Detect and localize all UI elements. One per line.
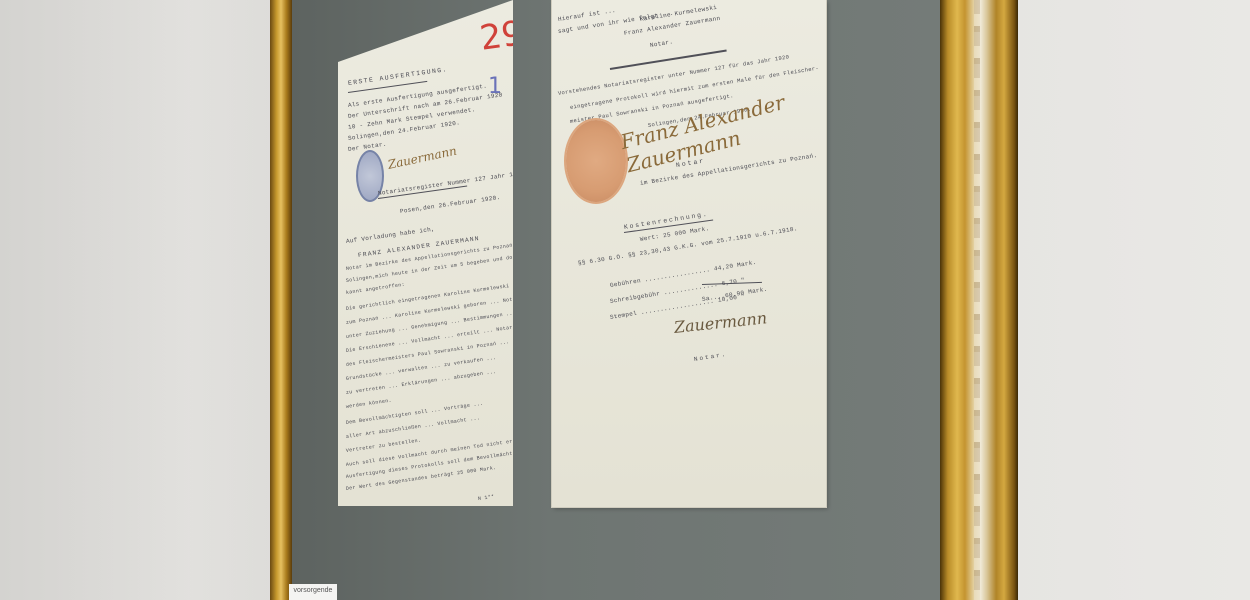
footer-title: Notar. xyxy=(693,351,727,363)
label-card: vorsorgende xyxy=(289,584,337,600)
wall xyxy=(0,0,270,600)
heading: ERSTE AUSFERTIGUNG. xyxy=(348,66,449,87)
wax-seal xyxy=(566,120,626,202)
page-number-red: 29 xyxy=(477,13,513,59)
text-line: kannt angetroffen: xyxy=(346,282,406,296)
left-document: 29 1 ERSTE AUSFERTIGUNG. Als erste Ausfe… xyxy=(338,0,513,506)
second-signature: Zauermann xyxy=(673,308,768,337)
date-line: Posen,den 26.Februar 1920. xyxy=(400,194,501,215)
frame-right-edge xyxy=(940,0,1018,600)
register-line: Notariatsregister Nummer 127 Jahr 1920. xyxy=(378,169,513,197)
signature: Zauermann xyxy=(387,144,458,172)
frame-left-edge xyxy=(270,0,292,600)
text-line: Vertreter zu bestellen. xyxy=(346,437,422,454)
text-line: Die gerichtlich eingetragenen Karoline K… xyxy=(346,278,513,312)
right-document: Hierauf ist ... sagt und von ihr wie fol… xyxy=(552,0,826,507)
text-line: Notar. xyxy=(649,38,673,49)
footer-mark: N 1** xyxy=(478,494,495,502)
text-line: werden können. xyxy=(346,398,393,410)
